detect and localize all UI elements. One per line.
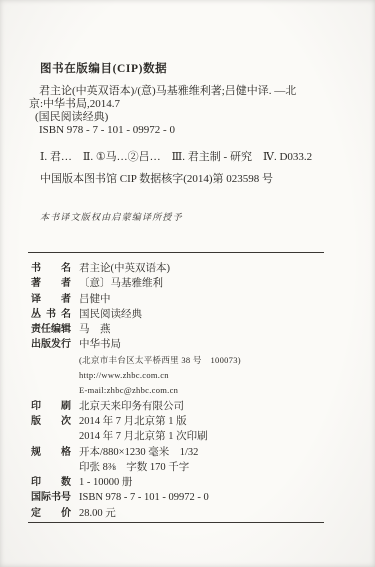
row-label: 责任编辑 [31, 322, 71, 337]
colophon-row-author: 著者 〔意〕马基雅维利 [31, 276, 331, 291]
publisher-address: (北京市丰台区太平桥西里 38 号 100073) [79, 353, 331, 368]
colophon-row-isbn: 国际书号 ISBN 978 - 7 - 101 - 09972 - 0 [31, 490, 331, 505]
row-label: 印刷 [31, 399, 71, 414]
colophon-row-format: 规格 开本/880×1230 毫米 1/32 印张 8⅜ 字数 170 千字 [31, 445, 331, 476]
top-divider [28, 252, 324, 253]
row-value: 国民阅读经典 [79, 307, 331, 322]
row-value: 中华书局 [79, 337, 331, 352]
copyright-page: 图书在版编目(CIP)数据 君主论(中英双语本)/(意)马基雅维利著;吕健中译.… [0, 0, 375, 567]
publisher-email: E-mail:zhbc@zhbc.com.cn [79, 383, 331, 398]
row-label: 丛书名 [31, 307, 71, 322]
cip-entry-block: 君主论(中英双语本)/(意)马基雅维利著;吕健中译. —北 京:中华书局,201… [29, 85, 339, 137]
row-value: 马 燕 [79, 322, 331, 337]
row-value: 北京天来印务有限公司 [79, 399, 331, 414]
row-label: 规格 [31, 445, 71, 460]
row-label: 著者 [31, 276, 71, 291]
colophon-row-price: 定价 28.00 元 [31, 506, 331, 521]
row-value: ISBN 978 - 7 - 101 - 09972 - 0 [79, 490, 331, 505]
cip-series-line: (国民阅读经典) [29, 111, 339, 124]
row-label: 定价 [31, 506, 71, 521]
row-value: 开本/880×1230 毫米 1/32 [79, 445, 331, 460]
colophon-row-translator: 译者 吕健中 [31, 292, 331, 307]
row-value: 君主论(中英双语本) [79, 261, 331, 276]
row-value: 印张 8⅜ 字数 170 千字 [79, 460, 331, 475]
cip-entry-line-2: 京:中华书局,2014.7 [29, 98, 339, 111]
colophon-row-edition: 版次 2014 年 7 月北京第 1 版 2014 年 7 月北京第 1 次印刷 [31, 414, 331, 445]
publisher-url: http://www.zhbc.com.cn [79, 368, 331, 383]
row-value: 吕健中 [79, 292, 331, 307]
bottom-divider [28, 522, 324, 523]
cip-heading: 图书在版编目(CIP)数据 [30, 60, 167, 76]
colophon-row-editor: 责任编辑 马 燕 [31, 322, 331, 337]
row-label: 国际书号 [31, 490, 71, 505]
cip-record-line: 中国版本图书馆 CIP 数据核字(2014)第 023598 号 [30, 170, 273, 186]
colophon-row-title: 书名 君主论(中英双语本) [31, 261, 331, 276]
translation-rights-note: 本书译文版权由启蒙编译所授予 [30, 210, 183, 223]
colophon-row-print-run: 印数 1 - 10000 册 [31, 475, 331, 490]
row-label: 出版发行 [31, 337, 71, 352]
row-value: 28.00 元 [79, 506, 331, 521]
colophon-row-publisher: 出版发行 中华书局 (北京市丰台区太平桥西里 38 号 100073) http… [31, 337, 331, 398]
cip-classification-line: Ⅰ. 君… Ⅱ. ①马…②吕… Ⅲ. 君主制 - 研究 Ⅳ. D033.2 [30, 148, 312, 164]
colophon-table: 书名 君主论(中英双语本) 著者 〔意〕马基雅维利 译者 吕健中 丛书名 国民阅… [31, 261, 331, 521]
cip-isbn-line: ISBN 978 - 7 - 101 - 09972 - 0 [29, 124, 339, 137]
row-label: 译者 [31, 292, 71, 307]
cip-entry-line-1: 君主论(中英双语本)/(意)马基雅维利著;吕健中译. —北 [29, 85, 339, 98]
row-value: 1 - 10000 册 [79, 475, 331, 490]
colophon-row-series: 丛书名 国民阅读经典 [31, 307, 331, 322]
row-label: 印数 [31, 475, 71, 490]
row-value: 2014 年 7 月北京第 1 次印刷 [79, 429, 331, 444]
row-value: 2014 年 7 月北京第 1 版 [79, 414, 331, 429]
colophon-row-printer: 印刷 北京天来印务有限公司 [31, 399, 331, 414]
row-label: 书名 [31, 261, 71, 276]
row-label: 版次 [31, 414, 71, 429]
row-value: 〔意〕马基雅维利 [79, 276, 331, 291]
